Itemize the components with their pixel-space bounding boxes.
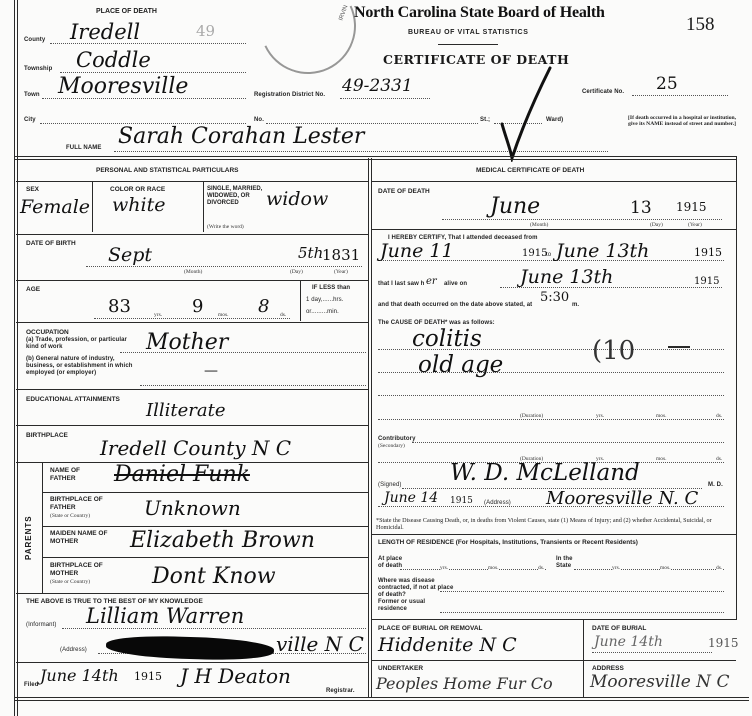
right-border [736,156,737,620]
duration-yrs: yrs. [596,413,604,419]
certificate-no-value[interactable]: 25 [656,74,678,94]
last-saw-date[interactable]: June 13th [520,266,613,288]
birthplace-value[interactable]: Iredell County N C [100,436,291,460]
duration-ds: ds. [716,413,722,419]
header-bottom-rule [14,156,736,160]
cause-line2[interactable]: old age [418,352,503,378]
township-value[interactable]: Coddle [76,48,151,72]
duration-mos: mos. [656,413,667,419]
in-state-line [574,569,724,570]
father-name-value[interactable]: Daniel Funk [114,462,250,487]
time-value[interactable]: 5:30 [540,290,569,305]
education-rule [16,425,368,426]
last-saw-pronoun[interactable]: er [426,276,437,287]
signed-label: (Signed) [378,482,401,489]
if-less-or: or.........min. [306,309,339,316]
father-name-rule [42,492,368,493]
md-label: M. D. [708,482,723,489]
full-name-value[interactable]: Sarah Corahan Lester [118,124,364,149]
occupation-rule [16,389,368,390]
age-mos-caption: mos. [218,312,229,318]
burial-date-value[interactable]: June 14th [594,634,663,650]
birthplace-label: BIRTHPLACE [26,432,68,440]
dob-day[interactable]: 5th [298,244,323,262]
registration-district-label: Registration District No. [254,92,325,99]
marital-rule [16,234,368,235]
dob-year[interactable]: 1831 [322,246,360,264]
mother-name-value[interactable]: Elizabeth Brown [130,528,315,553]
death-year[interactable]: 1915 [676,200,707,214]
occupation-label: OCCUPATION [26,329,69,337]
mother-name-label: MAIDEN NAME OF MOTHER [50,530,116,546]
parents-bottom-rule [16,593,368,594]
at-place-label: At place of death [378,556,408,570]
town-label: Town [24,92,40,99]
burial-divider [583,620,584,697]
attended-to-label: to [546,252,551,259]
signed-value[interactable]: W. D. McLelland [450,460,640,486]
parents-side-label: PARENTS [24,515,33,560]
contributory-sub: (Secondary) [378,443,405,449]
residence-rule [372,619,736,620]
at-place-mos: mos. [488,565,499,571]
in-state-label: In the State [556,556,580,570]
death-day-caption: (Day) [650,222,663,228]
filed-label: Filed [24,682,39,689]
age-days[interactable]: 8 [258,296,269,317]
county-label: County [24,37,45,44]
cause-code: (10 [592,336,635,366]
personal-section-label: PERSONAL AND STATISTICAL PARTICULARS [96,167,239,175]
marital-sublabel: (Write the word) [207,224,244,230]
place-of-death-label: PLACE OF DEATH [96,8,157,16]
no-label: No. [254,117,264,124]
attended-to[interactable]: June 13th [556,240,649,262]
parents-side-divider [42,463,43,593]
attended-from-year[interactable]: 1915 [522,248,547,259]
informant-line [62,628,366,629]
undertaker-address-value[interactable]: Mooresville N C [590,672,729,692]
left-border [14,0,18,716]
age-years[interactable]: 83 [108,296,131,317]
occupation-b-line [140,385,366,386]
header-rule [438,44,498,45]
if-less-day: 1 day,......hrs. [306,297,344,304]
county-value[interactable]: Iredell [70,20,140,44]
contributory-line [412,442,724,443]
residence-label: LENGTH OF RESIDENCE (For Hospitals, Inst… [378,539,638,547]
burial-place-value[interactable]: Hiddenite N C [378,634,517,656]
dob-line [86,266,362,267]
in-state-yrs: yrs. [612,565,620,571]
duration-caption: (Duration) [518,413,545,419]
registration-stamp [246,0,369,88]
contracted-line [440,591,724,592]
at-place-yrs: yrs. [440,565,448,571]
last-saw-year[interactable]: 1915 [694,276,719,287]
cause-line-3 [378,395,724,396]
physician-address-label: (Address) [484,500,511,507]
informant-rule [16,662,368,663]
signed-year[interactable]: 1915 [450,496,473,506]
sex-value[interactable]: Female [20,196,90,218]
signed-date[interactable]: June 14 [384,490,438,506]
occurred-label: and that death occurred on the date abov… [378,302,532,309]
race-divider [203,182,204,232]
footnote-rule [372,534,736,535]
occupation-b-label: (b) General nature of industry, business… [26,356,144,377]
mother-name-rule [42,557,368,558]
duration-line [378,419,724,420]
at-place-line [400,569,546,570]
date-of-death-line [442,219,722,220]
registrar-label: Registrar. [326,688,355,695]
age-label: AGE [26,286,40,294]
occupation-a-value[interactable]: Mother [146,330,228,355]
township-label: Township [24,66,52,73]
age-months[interactable]: 9 [192,296,203,317]
bottom-border [14,697,749,701]
informant-address-value[interactable]: ville N C [276,632,364,656]
informant-value[interactable]: Lilliam Warren [86,604,244,628]
page-number: 158 [686,14,715,36]
marital-label: SINGLE, MARRIED, WIDOWED, or DIVORCED [207,186,265,207]
race-value[interactable]: white [112,194,165,216]
sex-label: SEX [26,186,39,194]
dob-month[interactable]: Sept [108,244,152,266]
town-value[interactable]: Mooresville [58,74,188,99]
cause-line1[interactable]: colitis [412,326,482,352]
st-label: St.; [480,117,490,124]
former-residence-line [440,612,724,613]
burial-rule [372,660,736,661]
contributory-label: Contributory [378,436,416,443]
education-label: EDUCATIONAL ATTAINMENTS [26,396,120,404]
medical-rule [372,181,736,182]
burial-date-line [592,652,712,653]
undertaker-label: UNDERTAKER [378,665,423,673]
certificate-title: CERTIFICATE OF DEATH [383,52,569,67]
dob-year-caption: (Year) [334,269,348,275]
contracted-label: Where was disease contracted, if not at … [378,578,460,599]
city-label: City [24,117,36,124]
alive-on-label: alive on [444,281,467,288]
personal-rule [16,181,368,182]
contributory-mos: mos. [656,456,667,462]
marital-value[interactable]: widow [266,188,328,210]
physician-address-value[interactable]: Mooresville N. C [546,488,698,509]
date-of-death-rule [372,229,736,230]
mother-birthplace-sub: (State or Country) [50,579,90,585]
death-day[interactable]: 13 [630,198,652,218]
at-place-ds: ds. [538,565,544,571]
last-saw-label: that I last saw h [378,281,424,288]
burial-place-label: PLACE OF BURIAL OR REMOVAL [378,625,482,633]
age-yrs-caption: yrs. [154,312,162,318]
father-name-label: NAME OF FATHER [50,467,92,483]
certificate-no-label: Certificate No. [582,89,624,96]
race-label: COLOR OR RACE [110,186,165,194]
check-mark-icon [496,66,556,162]
registrar-value[interactable]: J H Deaton [180,664,291,688]
occupation-a-label: (a) Trade, profession, or particular kin… [26,337,138,351]
occupation-b-value[interactable]: — [204,363,218,379]
death-month[interactable]: June [490,194,540,219]
board-title: North Carolina State Board of Health [354,4,605,22]
age-line [94,318,290,319]
father-birthplace-sub: (State or Country) [50,513,90,519]
contributory-ds: ds. [716,456,722,462]
registration-district-value[interactable]: 49-2331 [342,76,413,96]
undertaker-value[interactable]: Peoples Home Fur Co [376,674,553,693]
age-ds-caption: ds. [280,312,286,318]
if-less-divider [300,281,301,321]
death-year-caption: (Year) [688,222,702,228]
burial-date-year[interactable]: 1915 [708,636,739,650]
date-of-death-label: DATE OF DEATH [378,188,430,196]
cause-footnote: *State the Disease Causing Death, or, in… [376,517,736,531]
filed-date[interactable]: June 14th [40,666,119,685]
cause-dash [668,346,690,348]
in-state-mos: mos. [660,565,671,571]
death-month-caption: (Month) [530,222,548,228]
dob-label: DATE OF BIRTH [26,240,76,248]
redaction-block [106,634,275,662]
education-value[interactable]: Illiterate [146,400,226,421]
in-state-ds: ds. [716,565,722,571]
sex-divider [92,182,93,232]
former-residence-label: Former or usual residence [378,599,430,613]
full-name-label: FULL NAME [66,145,101,152]
attended-from[interactable]: June 11 [380,240,454,262]
informant-address-label: (Address) [60,647,87,654]
bureau-label: BUREAU OF VITAL STATISTICS [408,29,528,37]
registration-district-line [340,98,430,99]
mother-birthplace-label: BIRTHPLACE OF MOTHER [50,562,110,578]
filed-year[interactable]: 1915 [134,670,162,683]
mother-birthplace-value[interactable]: Dont Know [152,564,276,589]
attended-to-year[interactable]: 1915 [694,246,722,259]
time-suffix: m. [572,302,579,309]
father-birthplace-value[interactable]: Unknown [144,496,241,520]
dob-rule [16,280,368,281]
dob-month-caption: (Month) [184,269,202,275]
father-birthplace-label: BIRTHPLACE OF FATHER [50,496,110,512]
certificate-no-line [632,95,728,96]
medical-section-label: MEDICAL CERTIFICATE OF DEATH [476,167,584,175]
township-line [60,72,246,73]
hospital-note: [If death occurred in a hospital or inst… [624,115,736,127]
column-divider [368,158,372,698]
dob-day-caption: (Day) [290,269,303,275]
father-birthplace-rule [42,526,368,527]
burial-date-label: DATE OF BURIAL [592,625,646,633]
informant-label: (Informant) [26,622,56,629]
if-less-label: IF LESS than [312,285,350,292]
age-rule [16,322,368,323]
county-note: 49 [196,22,215,40]
